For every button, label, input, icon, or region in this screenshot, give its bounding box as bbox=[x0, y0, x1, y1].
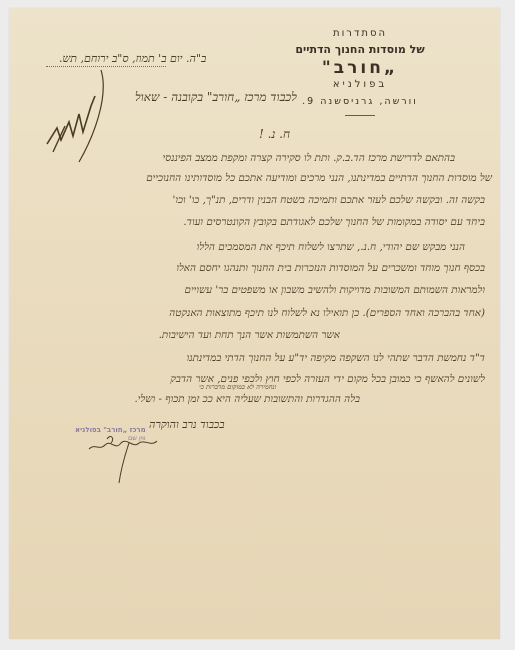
body-line: אשר השתמשות אשר הנך תחת ועד הישיבות. bbox=[159, 329, 340, 341]
body-line: בלה ההגדרות והתשובות שעליה היא ככ זמן תכ… bbox=[135, 393, 361, 405]
letterhead-org: הסתדרות bbox=[265, 28, 455, 39]
stamp-line: מרכז „חורב" בפולניא bbox=[75, 426, 146, 434]
signature-icon bbox=[85, 435, 165, 485]
marginal-signature-icon bbox=[39, 66, 114, 166]
body-line: של מוסדות החנוך הדתיים במדינתנו, הנני מר… bbox=[146, 172, 492, 184]
body-line: ביחד עם יסודה במקומות של החנוך שלכם לאגו… bbox=[183, 216, 485, 228]
body-line: ולמראות השמותם המשובות מדויקות ולהשיב מש… bbox=[185, 284, 485, 296]
letter-date: ב"ה. יום ב' תמוז, ס"ב ירוחם, תש. bbox=[59, 52, 206, 65]
letterhead-rule bbox=[345, 115, 375, 116]
letterhead-subtitle: של מוסדות החנוך הדתיים bbox=[265, 43, 455, 56]
body-line: ד"ד נחמשת הדבר שתהי לנו השקפה מקיפה יד"ע… bbox=[187, 352, 485, 364]
closing-text: בכבוד נרב והוקרה bbox=[149, 418, 225, 431]
letterhead-name: „חורב" bbox=[265, 58, 455, 78]
body-line: (אחד בהברכה ואחד הספרים). כן תואילו נא ל… bbox=[169, 307, 485, 319]
body-line: בהתאם לדרישת מרכז הד.ב.ק. ותת לו סקירה ק… bbox=[163, 152, 455, 164]
body-line: בקשה זה. ובקשה שלכם לעזר אתכם ותמיכה בשט… bbox=[173, 194, 486, 206]
addressee-line: לכבוד מרכז „חורב" בקובנה - שאול bbox=[135, 90, 297, 105]
inline-note: ונחמירה לא כמוקום מדברות כי bbox=[199, 383, 276, 391]
letterhead-country: בפולניא bbox=[265, 79, 455, 90]
body-line: הנני מבקש שם יהודי, ח.נ., שתרצו לשלוח תי… bbox=[197, 241, 465, 253]
letter-paper: הסתדרות של מוסדות החנוך הדתיים „חורב" בפ… bbox=[9, 8, 500, 639]
greeting: ח. נ. ! bbox=[259, 127, 290, 142]
body-line: בכסף חנוך מוחד ומשכרים על המוסדות הנזכרו… bbox=[176, 262, 485, 274]
